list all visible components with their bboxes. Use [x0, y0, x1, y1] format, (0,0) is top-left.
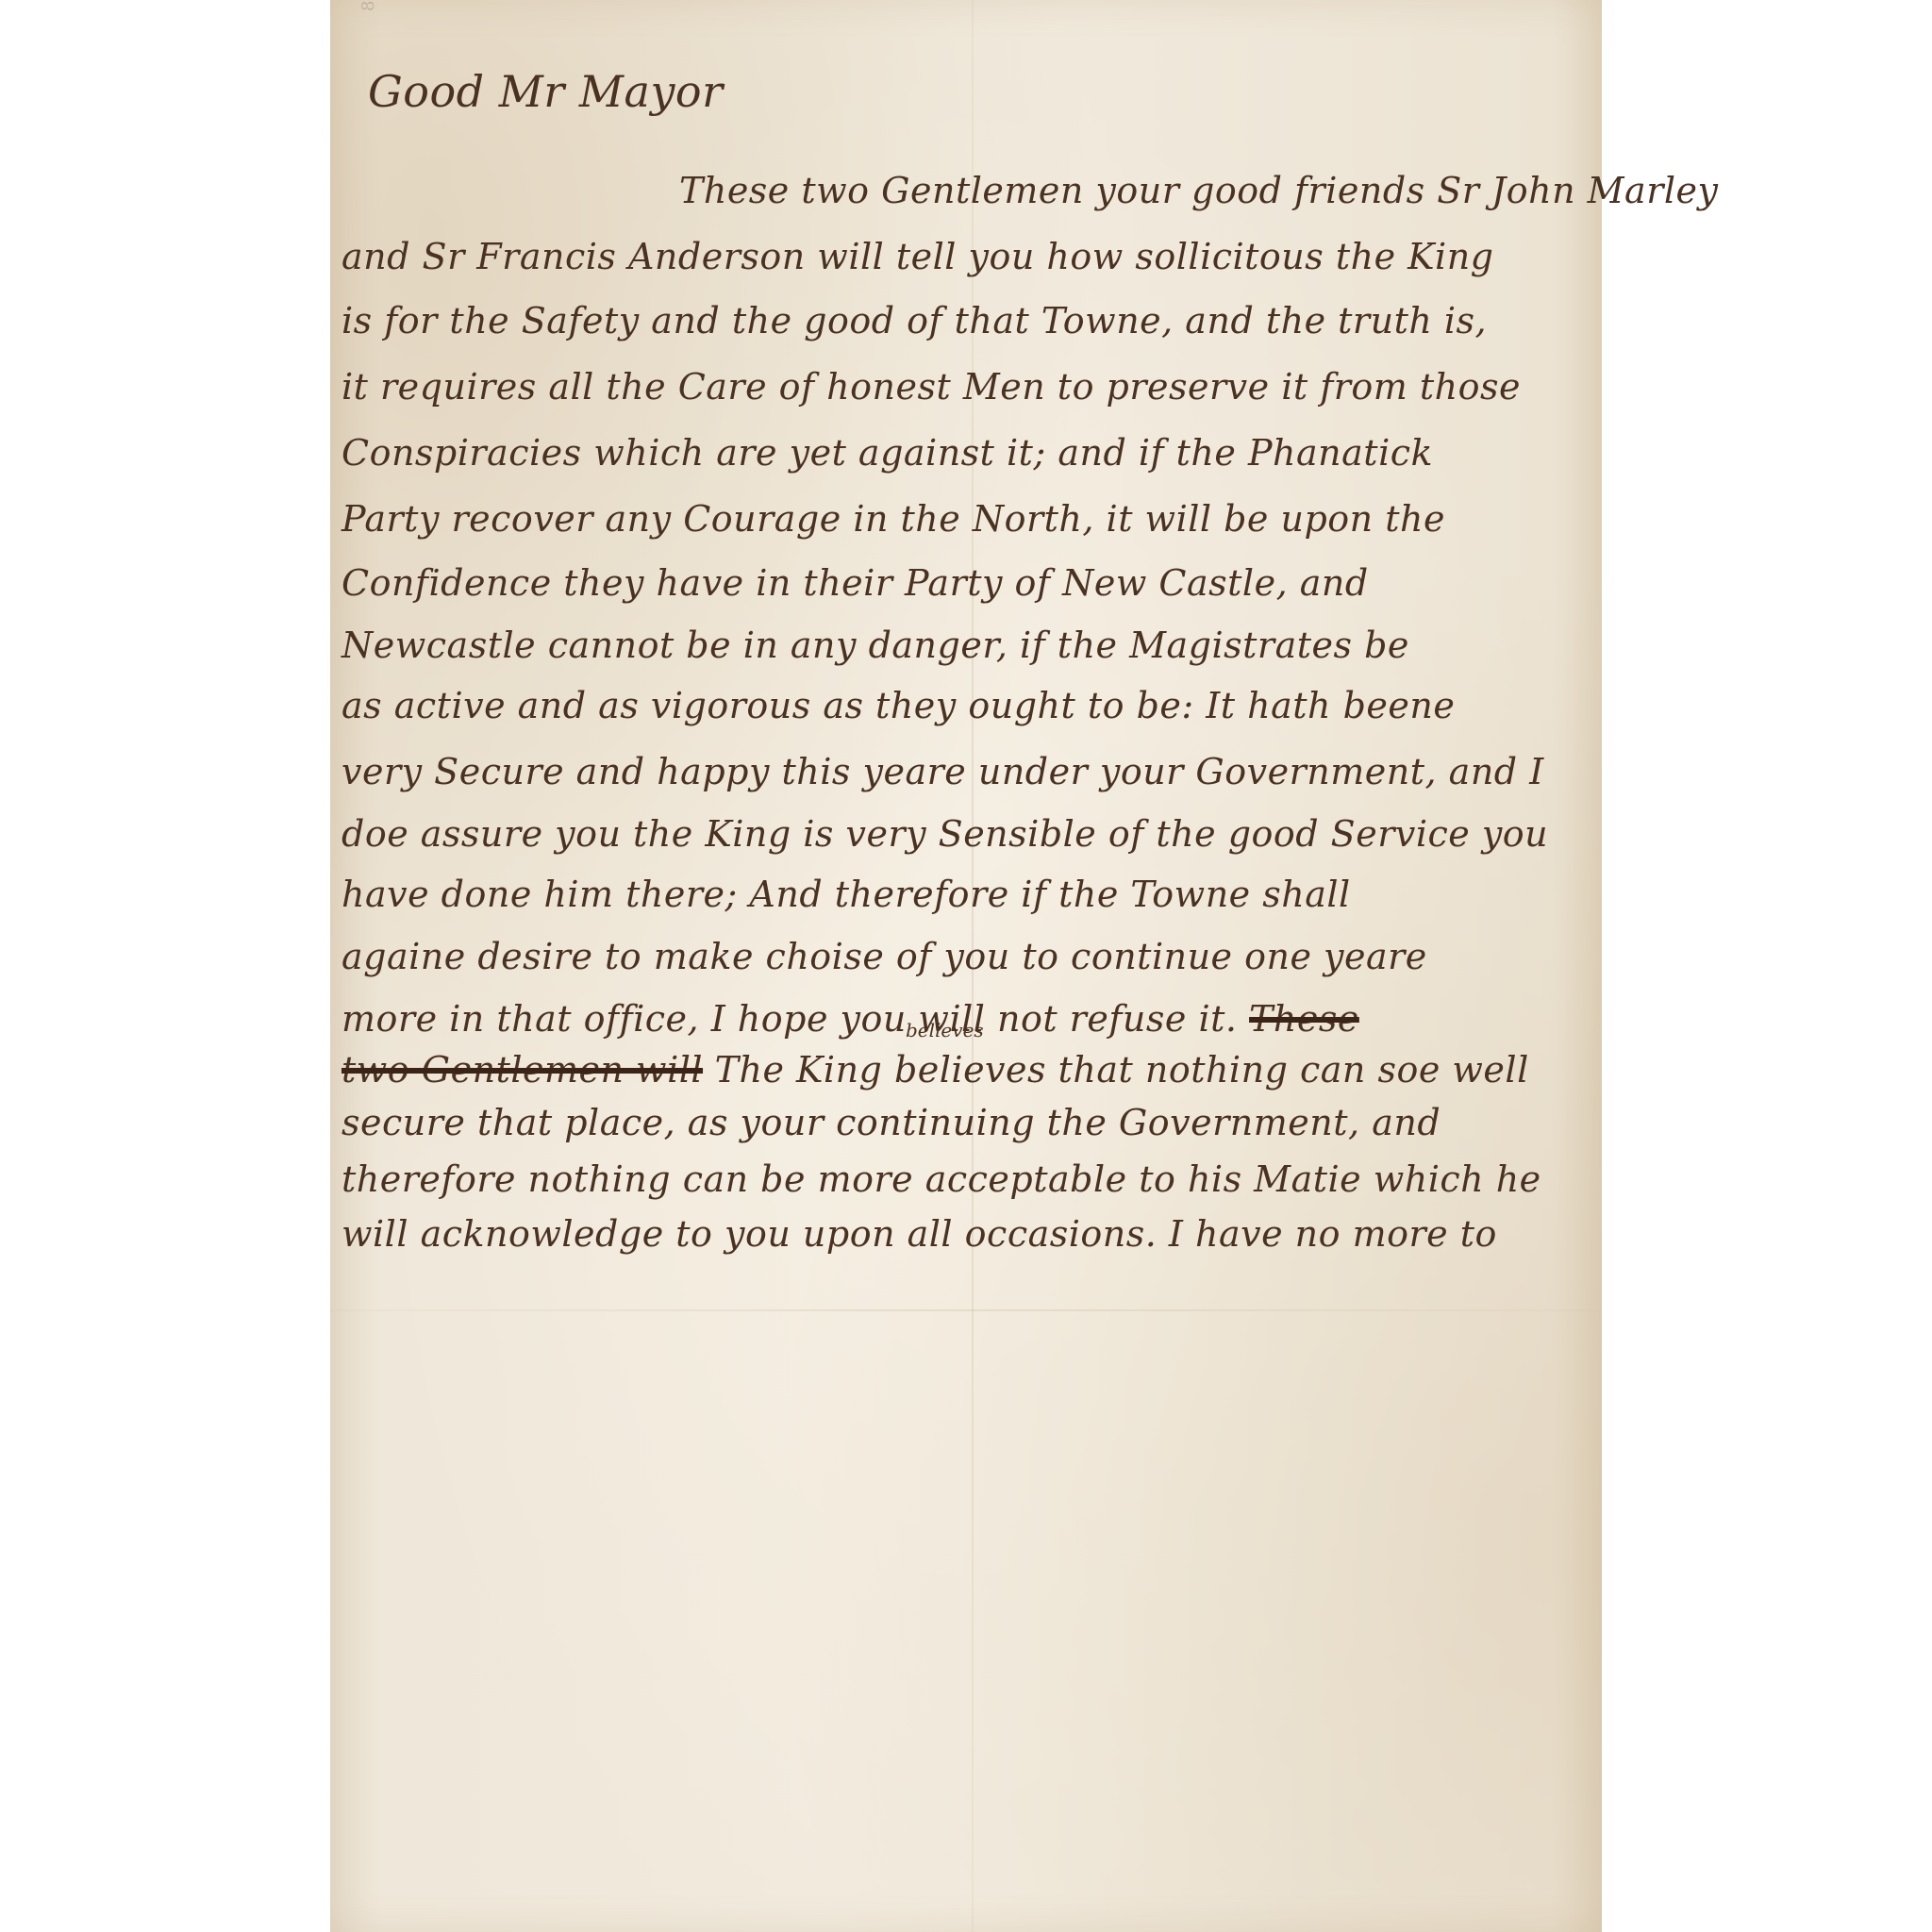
- body-line-15: two Gentlemen will The King believes tha…: [341, 1049, 1587, 1091]
- body-line-9: as active and as vigorous as they ought …: [341, 685, 1587, 726]
- body-line-2: and Sr Francis Anderson will tell you ho…: [341, 236, 1587, 277]
- body-line-12: have done him there; And therefore if th…: [341, 874, 1587, 915]
- struck-phrase: two Gentlemen will: [341, 1049, 703, 1091]
- body-line-6: Party recover any Courage in the North, …: [341, 498, 1587, 540]
- body-line-5: Conspiracies which are yet against it; a…: [341, 432, 1587, 474]
- body-line-17: therefore nothing can be more acceptable…: [341, 1158, 1587, 1200]
- archival-number-mark: 8178: [358, 0, 378, 11]
- body-line-14-text: more in that office, I hope you will not…: [341, 998, 1237, 1040]
- page-frame: 8178 Good Mr Mayor These two Gentlemen y…: [0, 0, 1932, 1932]
- horizontal-fold-crease: [330, 1309, 1602, 1311]
- body-line-4: it requires all the Care of honest Men t…: [341, 366, 1587, 408]
- letter-sheet: 8178 Good Mr Mayor These two Gentlemen y…: [330, 0, 1602, 1932]
- salutation: Good Mr Mayor: [368, 66, 724, 117]
- body-line-8: Newcastle cannot be in any danger, if th…: [341, 625, 1587, 666]
- body-line-13: againe desire to make choise of you to c…: [341, 936, 1587, 977]
- body-line-18: will acknowledge to you upon all occasio…: [341, 1213, 1587, 1255]
- body-line-15-text: The King believes that nothing can soe w…: [715, 1049, 1529, 1091]
- body-line-16: secure that place, as your continuing th…: [341, 1102, 1587, 1143]
- body-line-11: doe assure you the King is very Sensible…: [341, 813, 1587, 855]
- interlinear-insertion: believes: [906, 1019, 984, 1041]
- body-line-10: very Secure and happy this yeare under y…: [341, 751, 1587, 792]
- body-line-1: These two Gentlemen your good friends Sr…: [679, 170, 1924, 211]
- body-line-7: Confidence they have in their Party of N…: [341, 562, 1587, 604]
- struck-word: These: [1249, 998, 1359, 1040]
- body-line-3: is for the Safety and the good of that T…: [341, 300, 1587, 341]
